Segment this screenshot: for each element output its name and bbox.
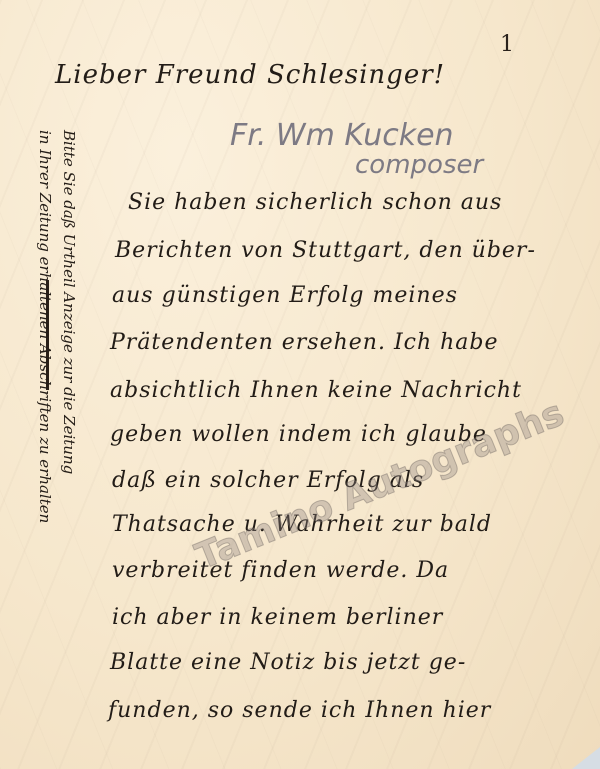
body-line: absichtlich Ihnen keine Nachricht — [110, 378, 522, 403]
body-line: funden, so sende ich Ihnen hier — [108, 698, 491, 723]
margin-note-line: in Ihrer Zeitung erhaltenen Abschriften … — [36, 130, 54, 523]
body-line: Prätendenten ersehen. Ich habe — [110, 330, 499, 355]
body-line: Blatte eine Notiz bis jetzt ge- — [110, 650, 466, 675]
letter-page: 1 Lieber Freund Schlesinger! Fr. Wm Kuck… — [0, 0, 600, 769]
pencil-annotation-role: composer — [355, 150, 483, 180]
body-line: aus günstigen Erfolg meines — [112, 283, 458, 308]
pencil-annotation-name: Fr. Wm Kucken — [230, 118, 454, 153]
page-corner — [572, 747, 600, 769]
body-line: Sie haben sicherlich schon aus — [128, 190, 502, 215]
body-line: verbreitet finden werde. Da — [112, 558, 449, 583]
margin-note: Bitte Sie daß Urtheil Anzeige zur die Ze… — [18, 130, 108, 750]
body-line: Berichten von Stuttgart, den über- — [115, 238, 536, 263]
body-line: ich aber in keinem berliner — [112, 605, 443, 630]
salutation: Lieber Freund Schlesinger! — [55, 60, 445, 90]
page-number: 1 — [500, 32, 514, 57]
margin-note-line: Bitte Sie daß Urtheil Anzeige zur die Ze… — [60, 130, 78, 474]
